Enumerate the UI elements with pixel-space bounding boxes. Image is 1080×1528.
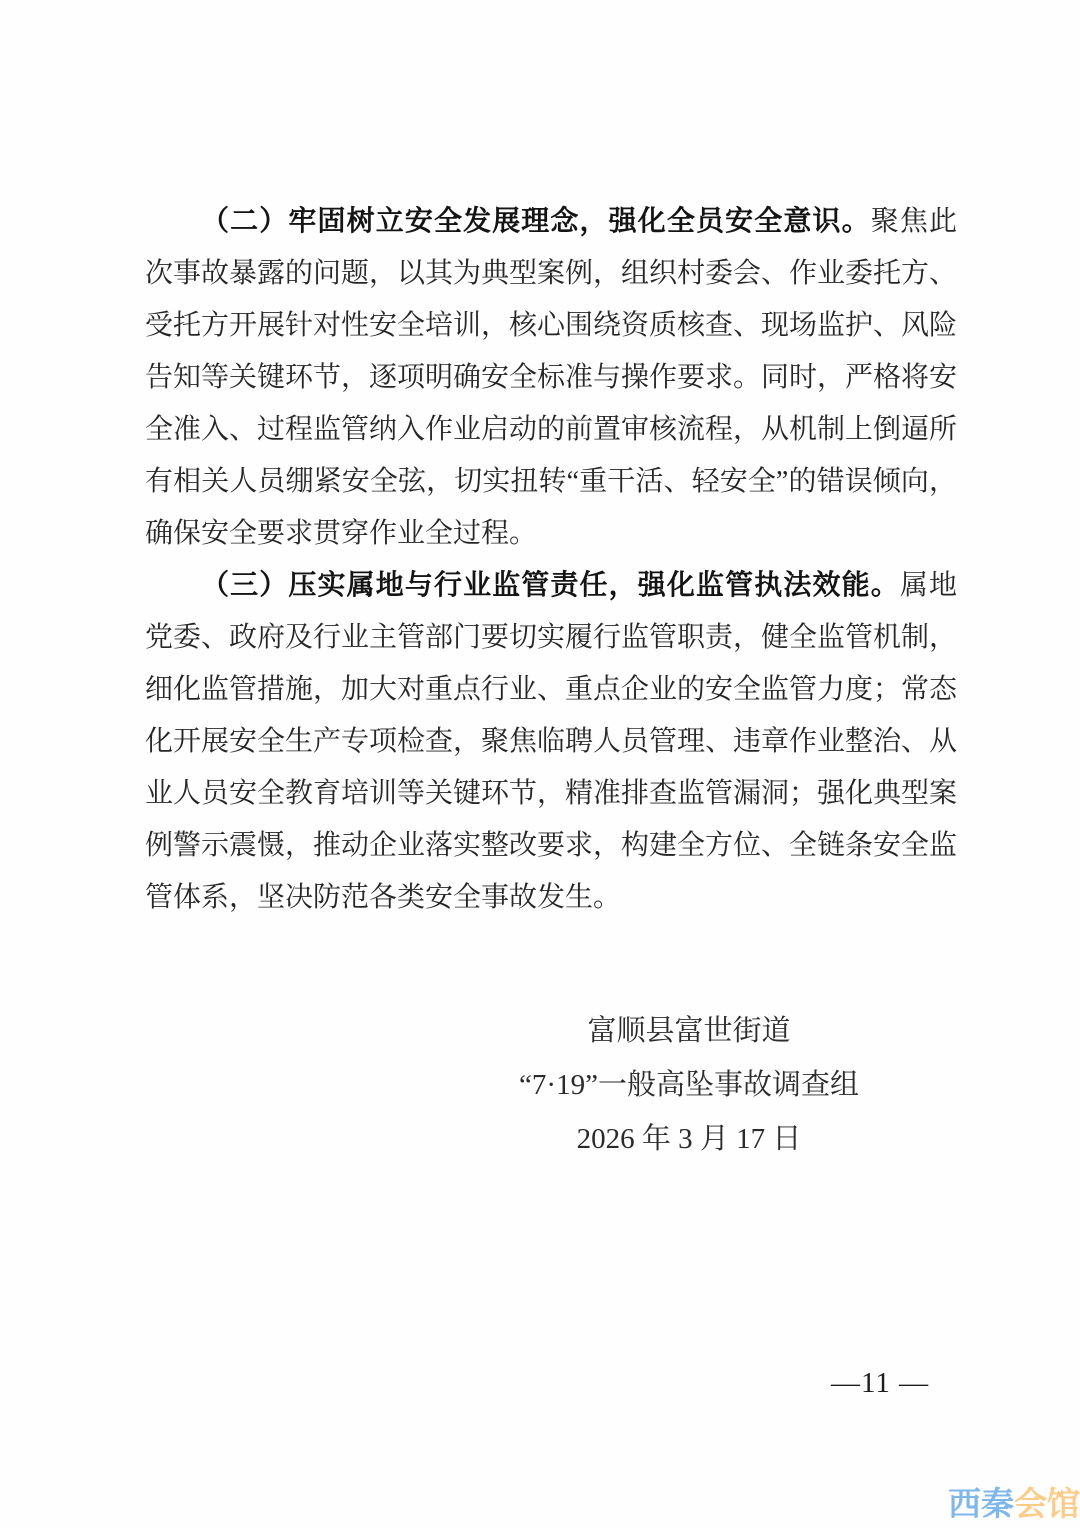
watermark-text-primary: 西秦 (948, 1485, 1014, 1522)
signature-org-line1: 富顺县富世街道 (450, 1004, 928, 1058)
page-number: —11 — (831, 1368, 929, 1398)
watermark-text-secondary: 会馆 (1014, 1485, 1080, 1522)
document-page: （二）牢固树立安全发展理念，强化全员安全意识。聚焦此次事故暴露的问题，以其为典型… (0, 0, 1080, 1528)
paragraph-2: （二）牢固树立安全发展理念，强化全员安全意识。聚焦此次事故暴露的问题，以其为典型… (145, 196, 957, 560)
signature-org-line2: “7·19”一般高坠事故调查组 (450, 1058, 928, 1112)
signature-block: 富顺县富世街道 “7·19”一般高坠事故调查组 2026 年 3 月 17 日 (450, 1004, 928, 1166)
paragraph-2-text: 聚焦此次事故暴露的问题，以其为典型案例，组织村委会、作业委托方、受托方开展针对性… (145, 206, 957, 549)
document-body: （二）牢固树立安全发展理念，强化全员安全意识。聚焦此次事故暴露的问题，以其为典型… (145, 196, 957, 924)
paragraph-2-lead: （二）牢固树立安全发展理念，强化全员安全意识。 (201, 206, 871, 237)
paragraph-3-lead: （三）压实属地与行业监管责任，强化监管执法效能。 (201, 570, 900, 601)
paragraph-3: （三）压实属地与行业监管责任，强化监管执法效能。属地党委、政府及行业主管部门要切… (145, 560, 957, 924)
watermark-logo: 西秦会馆 (948, 1487, 1080, 1521)
paragraph-3-text: 属地党委、政府及行业主管部门要切实履行监管职责，健全监管机制，细化监管措施，加大… (145, 570, 957, 913)
signature-date: 2026 年 3 月 17 日 (450, 1112, 928, 1166)
